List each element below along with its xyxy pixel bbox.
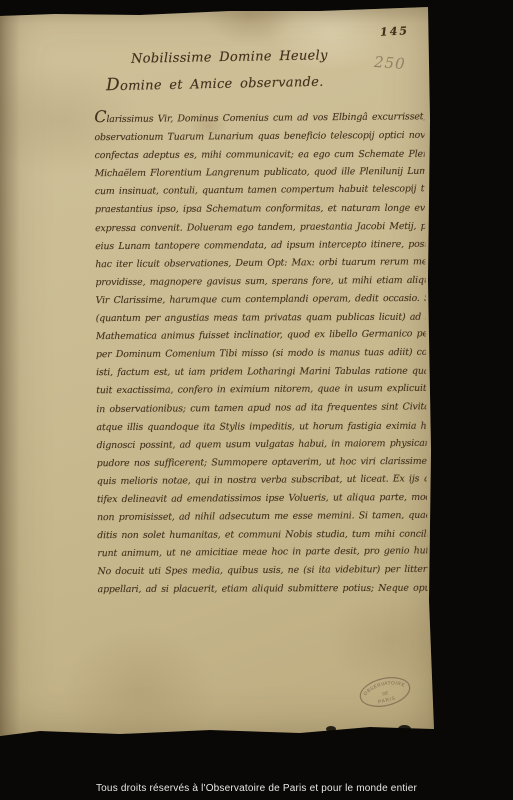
manuscript-line: dignosci possint, ad quem usum vulgatas … <box>97 435 427 455</box>
manuscript-line: tuit exactissima, confero in eximium nit… <box>96 380 426 400</box>
manuscript-line: Vir Clarissime, harumque cum contempland… <box>96 290 426 310</box>
copyright-caption: Tous droits réservés à l'Observatoire de… <box>0 783 513 794</box>
caption-bar: Tous droits réservés à l'Observatoire de… <box>0 776 513 800</box>
manuscript-line: non promisisset, ad nihil adsecutum me e… <box>97 507 427 527</box>
manuscript-line: hac iter licuit observationes, Deum Opt:… <box>95 253 425 274</box>
manuscript-line: confectas adeptus es, mihi communicavit;… <box>95 146 425 166</box>
manuscript-line: isti, factum est, ut iam pridem Lotharin… <box>96 363 426 383</box>
manuscript-page: 145 250 Nobilissime Domine Heuely Domine… <box>0 0 436 740</box>
manuscript-line: in observationibus; cum tamen apud nos a… <box>96 398 426 419</box>
manuscript-line: per Dominum Comenium Tibi misso (si modo… <box>96 344 426 364</box>
observatory-oval-stamp-icon: OBSERVATOIRE DE PARIS <box>352 665 418 719</box>
manuscript-line: quis melioris notae, qui in nostra verba… <box>97 470 427 491</box>
manuscript-line: observationum Tuarum Lunarium quas benef… <box>94 127 424 147</box>
stamp-text-de: DE <box>382 690 389 696</box>
manuscript-line: expressa convenit. Dolueram ego tandem, … <box>95 217 425 237</box>
letter-heading-line-2: Domine et Amice observande. <box>106 71 324 96</box>
manuscript-line: No docuit uti Spes media, quibus usis, n… <box>97 561 427 581</box>
manuscript-line: cum insinuat, contuli, quantum tamen com… <box>95 181 425 202</box>
manuscript-line: praestantius ipso, ipsa Schematum confor… <box>95 200 425 220</box>
manuscript-line: Clarissimus Vir, Dominus Comenius cum ad… <box>94 106 424 129</box>
manuscript-line: runt animum, ut ne amicitiae meae hoc in… <box>97 543 427 564</box>
paper-edge-tear <box>358 729 364 733</box>
letter-body: Clarissimus Vir, Dominus Comenius cum ad… <box>94 106 427 608</box>
manuscript-scan: 145 250 Nobilissime Domine Heuely Domine… <box>0 0 513 800</box>
folio-number-handwritten: 145 <box>380 24 410 38</box>
manuscript-line: Mathematica animus fuisset inclinatior, … <box>96 325 426 346</box>
paper-edge-tear <box>326 726 336 732</box>
letter-heading-line-1: Nobilissime Domine Heuely <box>131 48 328 66</box>
manuscript-line: providisse, magnopere gavisus sum, spera… <box>95 272 425 292</box>
manuscript-line: atque illis quandoque ita Stylis impedit… <box>96 417 426 437</box>
manuscript-line: tifex delineavit ad emendatissimos ipse … <box>97 489 427 509</box>
paper-edge-tear <box>398 725 411 733</box>
manuscript-line: appellari, ad si placuerit, etiam aliqui… <box>98 580 428 600</box>
catalog-number-stamp: 250 <box>373 53 406 73</box>
